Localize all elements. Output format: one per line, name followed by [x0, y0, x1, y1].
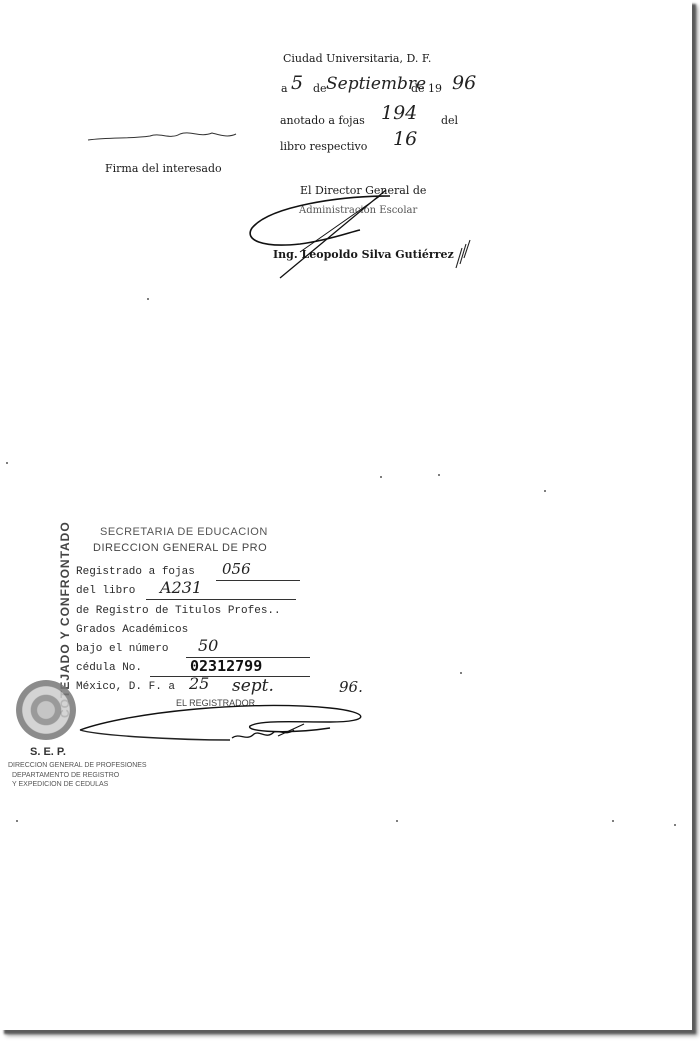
del-label: del	[441, 114, 458, 127]
fecha-year-handwritten: 96.	[339, 678, 363, 696]
scan-speck	[6, 462, 8, 464]
registrado-handwritten: 056	[222, 560, 251, 578]
scan-speck	[438, 474, 440, 476]
numero-label: bajo el número	[76, 643, 168, 655]
libro-stamp-label: del libro	[76, 585, 135, 597]
cedula-label: cédula No.	[76, 662, 142, 674]
date-day-handwritten: 5	[291, 72, 303, 94]
scan-speck	[16, 820, 18, 822]
stamp-header-2: DIRECCION GENERAL DE PRO	[93, 542, 267, 554]
cedula-underline	[150, 676, 310, 677]
libro-label: libro respectivo	[280, 140, 367, 153]
lugar-label: México, D. F. a	[76, 681, 175, 693]
numero-handwritten: 50	[198, 636, 218, 655]
interested-signature	[0, 0, 700, 1041]
sep-seal-icon	[16, 680, 76, 740]
scan-speck	[460, 672, 462, 674]
seal-line-3: Y EXPEDICION DE CEDULAS	[12, 781, 108, 788]
grados-line: Grados Académicos	[76, 624, 188, 636]
fojas-label: anotado a fojas	[280, 114, 365, 127]
scan-speck	[612, 820, 614, 822]
director-title-1: El Director General de	[300, 184, 426, 197]
registrado-underline	[216, 580, 300, 581]
scan-speck	[147, 298, 149, 300]
director-name: Ing. Leopoldo Silva Gutiérrez	[273, 248, 454, 261]
scan-speck	[544, 490, 546, 492]
date-prefix: a	[281, 82, 288, 95]
libro-stamp-underline	[146, 599, 296, 600]
director-signature	[0, 0, 700, 1041]
libro-stamp-handwritten: A231	[160, 578, 202, 597]
signature-label: Firma del interesado	[105, 162, 222, 175]
director-title-2: Administración Escolar	[299, 205, 417, 216]
cedula-number: 02312799	[190, 657, 262, 675]
registrador-signature	[0, 0, 700, 1041]
date-year-handwritten: 96	[452, 72, 476, 94]
seal-line-1: DIRECCION GENERAL DE PROFESIONES	[8, 762, 147, 769]
fecha-month-handwritten: sept.	[232, 676, 274, 696]
registrado-label: Registrado a fojas	[76, 566, 195, 578]
fecha-day-handwritten: 25	[189, 674, 209, 693]
scan-speck	[674, 824, 676, 826]
seal-abbr: S. E. P.	[30, 746, 66, 758]
place-line: Ciudad Universitaria, D. F.	[283, 52, 431, 65]
scan-speck	[396, 820, 398, 822]
date-year-prefix: de 19	[411, 82, 442, 95]
scan-speck	[380, 476, 382, 478]
libro-handwritten: 16	[393, 128, 417, 150]
seal-line-2: DEPARTAMENTO DE REGISTRO	[12, 772, 119, 779]
document-page: Ciudad Universitaria, D. F. a 5 de Septi…	[0, 0, 692, 1030]
registro-line: de Registro de Titulos Profes..	[76, 605, 281, 617]
stamp-header-1: SECRETARIA DE EDUCACION	[100, 526, 268, 538]
date-de-label: de	[313, 82, 327, 95]
fojas-handwritten: 194	[381, 102, 417, 124]
registrador-label: EL REGISTRADOR	[176, 698, 255, 708]
